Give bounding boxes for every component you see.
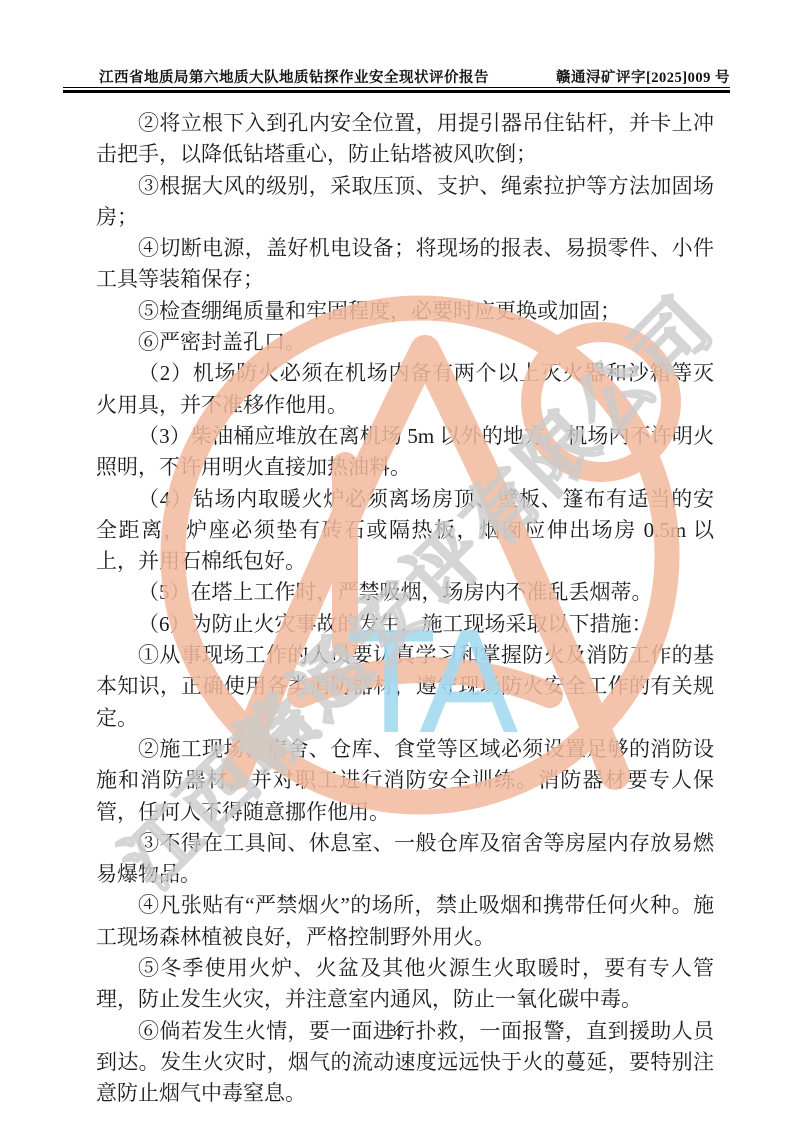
paragraph: ②将立根下入到孔内安全位置，用提引器吊住钻杆，并卡上冲击把手，以降低钻塔重心，防… [96, 108, 714, 171]
paragraph: ③不得在工具间、休息室、一般仓库及宿舍等房屋内存放易燃易爆物品。 [96, 828, 714, 891]
paragraph: ②施工现场、宿舍、仓库、食堂等区域必须设置足够的消防设施和消防器材，并对职工进行… [96, 734, 714, 828]
doc-number-suffix: 009 号 [688, 70, 730, 86]
paragraph: ⑥严密封盖孔口。 [96, 327, 714, 358]
page-header: 江西省地质局第六地质大队地质钻探作业安全现状评价报告 赣通浔矿评字[2025]0… [63, 66, 730, 87]
paragraph: ④切断电源，盖好机电设备；将现场的报表、易损零件、小件工具等装箱保存； [96, 233, 714, 296]
doc-number-year: [2025] [646, 70, 688, 86]
paragraph: ④凡张贴有“严禁烟火”的场所，禁止吸烟和携带任何火种。施工现场森林植被良好，严格… [96, 890, 714, 953]
paragraph: （3）柴油桶应堆放在离机场 5m 以外的地方，机场内不许明火照明，不许用明火直接… [96, 421, 714, 484]
body-text: ②将立根下入到孔内安全位置，用提引器吊住钻杆，并卡上冲击把手，以降低钻塔重心，防… [96, 108, 714, 1110]
paragraph: ①从事现场工作的人员要认真学习和掌握防火及消防工作的基本知识，正确使用各类消防器… [96, 640, 714, 734]
document-page: 江西省地质局第六地质大队地质钻探作业安全现状评价报告 赣通浔矿评字[2025]0… [0, 0, 793, 1122]
document-number: 赣通浔矿评字[2025]009 号 [556, 66, 730, 87]
header-divider-line [63, 87, 730, 93]
paragraph: （6）为防止火灾事故的发生，施工现场采取以下措施： [96, 609, 714, 640]
report-title: 江西省地质局第六地质大队地质钻探作业安全现状评价报告 [63, 66, 489, 87]
doc-number-prefix: 赣通浔矿评字 [556, 70, 646, 86]
paragraph: （5）在塔上工作时，严禁吸烟，场房内不准乱丢烟蒂。 [96, 577, 714, 608]
paragraph: ③根据大风的级别，采取压顶、支护、绳索拉护等方法加固场房； [96, 171, 714, 234]
page-footer: 32 [0, 1023, 793, 1041]
paragraph: ⑤冬季使用火炉、火盆及其他火源生火取暖时，要有专人管理，防止发生火灾，并注意室内… [96, 953, 714, 1016]
paragraph: （4）钻场内取暖火炉必须离场房顶、壁板、篷布有适当的安全距离，炉座必须垫有砖石或… [96, 484, 714, 578]
paragraph: ⑤检查绷绳质量和牢固程度，必要时应更换或加固； [96, 296, 714, 327]
paragraph: （2）机场防火必须在机场内备有两个以上灭火器和沙箱等灭火用具，并不准移作他用。 [96, 358, 714, 421]
page-number: 32 [389, 1023, 405, 1040]
